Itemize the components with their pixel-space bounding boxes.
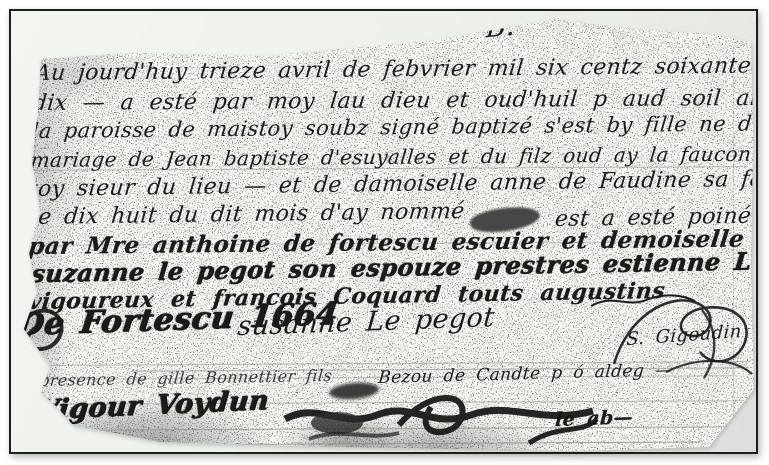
- paper-crease: [541, 9, 648, 43]
- manuscript-line-2: dix — a esté par moy lau dieu et oud'hui…: [32, 85, 769, 116]
- scanned-document: B. Au jourd'huy trieze avril de febvrier…: [0, 0, 769, 465]
- manuscript-line-11-right: Bezou de Candte p ó aldeg —: [377, 360, 673, 388]
- manuscript-line-1: Au jourd'huy trieze avril de febvrier mi…: [34, 53, 753, 86]
- manuscript-line-5: toy sieur du lieu — et de damoiselle ann…: [28, 166, 769, 202]
- scan-mat: B. Au jourd'huy trieze avril de febvrier…: [9, 9, 758, 454]
- manuscript-line-6: le dix huit du dit mois d'ay nommé: [30, 199, 466, 230]
- ruled-line: [121, 441, 701, 445]
- paper-wrapper: B. Au jourd'huy trieze avril de febvrier…: [11, 11, 756, 452]
- manuscript-line-3: la paroisse de maistoy soubz signé bapti…: [31, 111, 769, 143]
- manuscript-line-12-right: le ab—: [554, 406, 633, 431]
- torn-manuscript: B. Au jourd'huy trieze avril de febvrier…: [11, 11, 756, 452]
- ruled-line: [81, 426, 741, 430]
- heading-letter-b: B.: [485, 10, 516, 44]
- ink-smudge: [328, 381, 379, 401]
- manuscript-line-12: Vigour Voydun: [36, 385, 270, 426]
- manuscript-line-11: presence de gille Bonnettier fils: [38, 366, 333, 390]
- signature-gigoudin: S. Gigoudin: [626, 321, 742, 350]
